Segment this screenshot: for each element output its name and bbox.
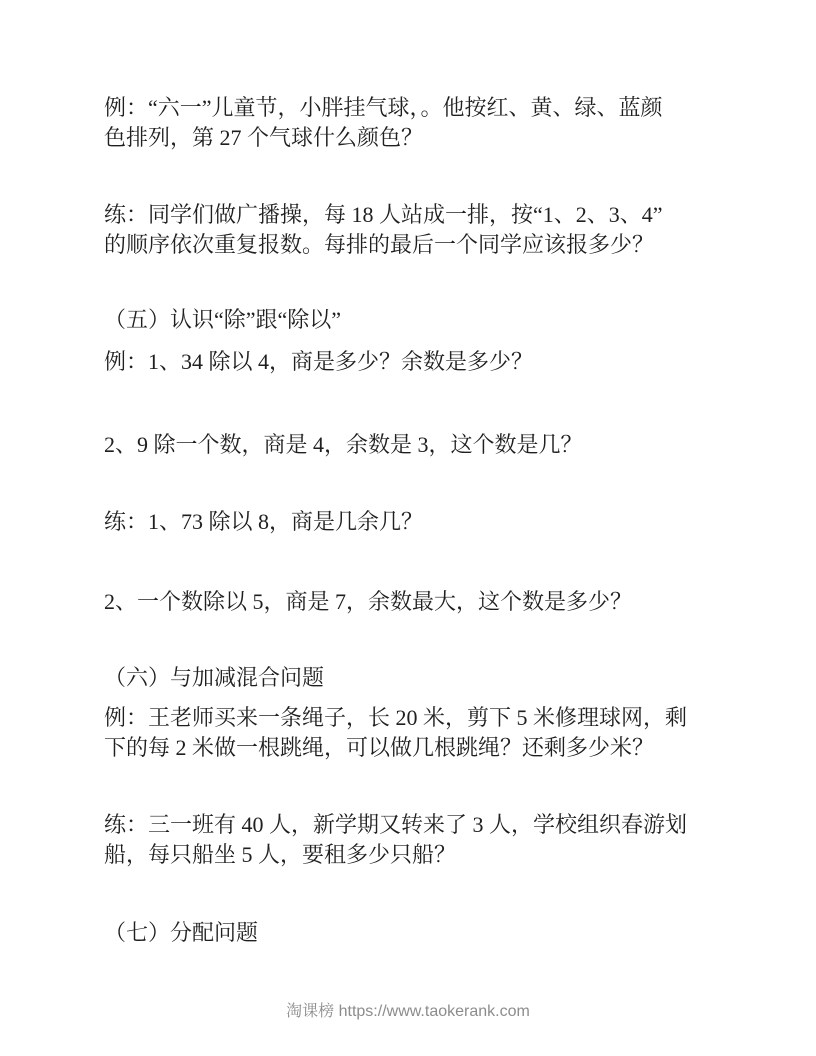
text-line: 船，每只船坐 5 人，要租多少只船？ <box>104 840 716 870</box>
heading-text: （六）与加减混合问题 <box>104 663 716 693</box>
text-line: 例：王老师买来一条绳子，长 20 米，剪下 5 米修理球网，剩 <box>104 703 716 733</box>
heading-text: （五）认识“除”跟“除以” <box>104 305 716 335</box>
document-page: 例：“六一”儿童节，小胖挂气球，。他按红、黄、绿、蓝颜 色排列，第 27 个气球… <box>0 0 816 1056</box>
text-line: 练：1、73 除以 8，商是几余几？ <box>104 507 716 537</box>
text-line: 2、一个数除以 5，商是 7，余数最大，这个数是多少？ <box>104 587 716 617</box>
text-line: 例：1、34 除以 4，商是多少？余数是多少？ <box>104 347 716 377</box>
text-line: 2、9 除一个数，商是 4，余数是 3，这个数是几？ <box>104 430 716 460</box>
heading-text: （七）分配问题 <box>104 918 716 948</box>
section-heading-six: （六）与加减混合问题 <box>104 663 716 693</box>
document-content: 例：“六一”儿童节，小胖挂气球，。他按红、黄、绿、蓝颜 色排列，第 27 个气球… <box>0 0 816 948</box>
watermark-text: 淘课榜 https://www.taokerank.com <box>286 1003 530 1020</box>
practice-paragraph-division-1: 练：1、73 除以 8，商是几余几？ <box>104 507 716 537</box>
section-heading-seven: （七）分配问题 <box>104 918 716 948</box>
text-line: 色排列，第 27 个气球什么颜色？ <box>104 123 716 153</box>
example-paragraph-rope: 例：王老师买来一条绳子，长 20 米，剪下 5 米修理球网，剩 下的每 2 米做… <box>104 703 716 763</box>
practice-paragraph-boats: 练：三一班有 40 人，新学期又转来了 3 人，学校组织春游划 船，每只船坐 5… <box>104 810 716 870</box>
practice-paragraph-counting: 练：同学们做广播操，每 18 人站成一排，按“1、2、3、4” 的顺序依次重复报… <box>104 200 716 260</box>
page-footer: 淘课榜 https://www.taokerank.com <box>0 1000 816 1024</box>
text-line: 练：三一班有 40 人，新学期又转来了 3 人，学校组织春游划 <box>104 810 716 840</box>
text-line: 下的每 2 米做一根跳绳，可以做几根跳绳？还剩多少米？ <box>104 733 716 763</box>
text-line: 例：“六一”儿童节，小胖挂气球，。他按红、黄、绿、蓝颜 <box>104 93 716 123</box>
example-paragraph-division-2: 2、9 除一个数，商是 4，余数是 3，这个数是几？ <box>104 430 716 460</box>
practice-paragraph-division-2: 2、一个数除以 5，商是 7，余数最大，这个数是多少？ <box>104 587 716 617</box>
section-heading-five: （五）认识“除”跟“除以” <box>104 305 716 335</box>
example-paragraph-division-1: 例：1、34 除以 4，商是多少？余数是多少？ <box>104 347 716 377</box>
example-paragraph-balloons: 例：“六一”儿童节，小胖挂气球，。他按红、黄、绿、蓝颜 色排列，第 27 个气球… <box>104 93 716 153</box>
text-line: 练：同学们做广播操，每 18 人站成一排，按“1、2、3、4” <box>104 200 716 230</box>
text-line: 的顺序依次重复报数。每排的最后一个同学应该报多少？ <box>104 230 716 260</box>
